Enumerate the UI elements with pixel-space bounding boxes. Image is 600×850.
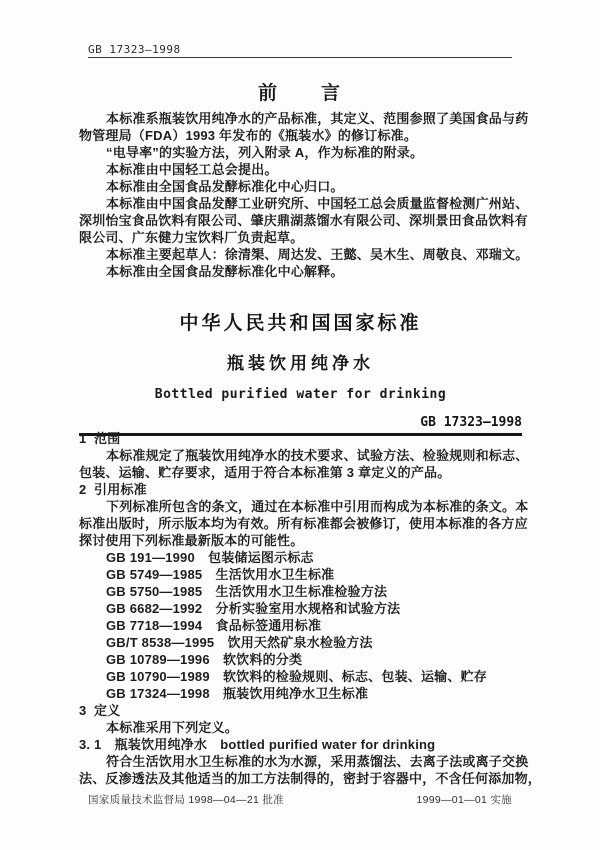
reference-item: GB 7718—1994 食品标签通用标准 — [79, 617, 539, 634]
body-line: 包装、运输、贮存要求，适用于符合本标准第 3 章定义的产品。 — [79, 464, 539, 481]
standard-number: GB 17323—1998 — [79, 415, 522, 430]
foreword-line: 本标准主要起草人：徐清榘、周达发、王懿、吴木生、周敬良、邓瑞文。 — [79, 246, 539, 263]
foreword-title: 前 言 — [0, 78, 600, 105]
foreword-body: 本标准系瓶装饮用纯净水的产品标准，其定义、范围参照了美国食品与药 物管理局（FD… — [79, 110, 539, 280]
implementation-note: 1999—01—01 实施 — [416, 792, 512, 807]
reference-item: GB 17324—1998 瓶装饮用纯净水卫生标准 — [79, 685, 539, 702]
page-footer: 国家质量技术监督局 1998—04—21 批准 1999—01—01 实施 — [88, 792, 512, 807]
reference-item: GB 10789—1996 软饮料的分类 — [79, 651, 539, 668]
section-heading: 1 范围 — [79, 430, 539, 447]
header-rule — [88, 57, 512, 58]
body-line: 法、反渗透法及其他适当的加工方法制得的，密封于容器中，不含任何添加物， — [79, 770, 539, 787]
reference-item: GB/T 8538—1995 饮用天然矿泉水检验方法 — [79, 634, 539, 651]
body-line: 本标准规定了瓶装饮用纯净水的技术要求、试验方法、检验规则和标志、 — [79, 447, 539, 464]
reference-item: GB 10790—1989 软饮料的检验规则、标志、包装、运输、贮存 — [79, 668, 539, 685]
foreword-line: 本标准系瓶装饮用纯净水的产品标准，其定义、范围参照了美国食品与药 — [79, 110, 539, 127]
foreword-line: 本标准由中国轻工总会提出。 — [79, 161, 539, 178]
body-line: 本标准采用下列定义。 — [79, 719, 539, 736]
body-line: 标准出版时，所示版本均为有效。所有标准都会被修订，使用本标准的各方应 — [79, 515, 539, 532]
standard-title-english: Bottled purified water for drinking — [79, 387, 522, 402]
approval-note: 国家质量技术监督局 1998—04—21 批准 — [88, 792, 284, 807]
standard-title-chinese: 瓶装饮用纯净水 — [79, 349, 522, 374]
header-standard-number: GB 17323—1998 — [88, 43, 181, 56]
body-line: 下列标准所包含的条文，通过在本标准中引用而构成为本标准的条文。本 — [79, 498, 539, 515]
foreword-line: 物管理局（FDA）1993 年发布的《瓶装水》的修订标准。 — [79, 127, 539, 144]
reference-item: GB 5749—1985 生活饮用水卫生标准 — [79, 566, 539, 583]
foreword-line: 深圳怡宝食品饮料有限公司、肇庆鼎湖蒸馏水有限公司、深圳景田食品饮料有 — [79, 212, 539, 229]
subsection-heading: 3. 1 瓶装饮用纯净水 bottled purified water for … — [79, 736, 539, 753]
foreword-line: 限公司、广东健力宝饮料厂负责起草。 — [79, 229, 539, 246]
foreword-line: 本标准由全国食品发酵标准化中心归口。 — [79, 178, 539, 195]
body-line: 探讨使用下列标准最新版本的可能性。 — [79, 532, 539, 549]
national-standard-label: 中华人民共和国国家标准 — [79, 308, 522, 335]
section-heading: 2 引用标准 — [79, 481, 539, 498]
foreword-line: 本标准由中国食品发酵工业研究所、中国轻工总会质量监督检测广州站、 — [79, 195, 539, 212]
main-body: 1 范围 本标准规定了瓶装饮用纯净水的技术要求、试验方法、检验规则和标志、 包装… — [79, 430, 539, 787]
foreword-line: “电导率”的实验方法，列入附录 A，作为标准的附录。 — [79, 144, 539, 161]
foreword-line: 本标准由全国食品发酵标准化中心解释。 — [79, 263, 539, 280]
page-header: GB 17323—1998 — [88, 40, 512, 58]
reference-item: GB 5750—1985 生活饮用水卫生标准检验方法 — [79, 583, 539, 600]
reference-item: GB 191—1990 包装储运图示标志 — [79, 549, 539, 566]
body-line: 符合生活饮用水卫生标准的水为水源，采用蒸馏法、去离子法或离子交换 — [79, 753, 539, 770]
standard-title-block: 中华人民共和国国家标准 瓶装饮用纯净水 Bottled purified wat… — [79, 308, 522, 436]
section-heading: 3 定义 — [79, 702, 539, 719]
reference-item: GB 6682—1992 分析实验室用水规格和试验方法 — [79, 600, 539, 617]
document-page: GB 17323—1998 前 言 本标准系瓶装饮用纯净水的产品标准，其定义、范… — [0, 0, 600, 850]
